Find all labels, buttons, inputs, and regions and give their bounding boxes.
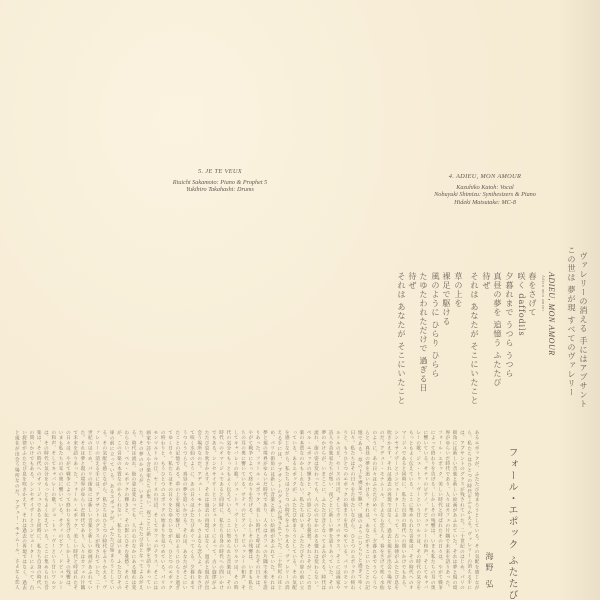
lyric-line: 裸足で駆ける xyxy=(442,272,452,326)
lyric-line: 待ぜ xyxy=(408,272,418,290)
credit-line: Kazuhiko Katoh: Vocal xyxy=(400,184,570,192)
song-title: ADIEU, MON AMOUR xyxy=(547,272,556,356)
credit-line: Yukihiro Takahashi: Drums xyxy=(160,186,280,194)
lyric-line: それは あなたが そこにいたこと xyxy=(470,272,480,405)
lyric-line-prev: ヴァレリーの消える 手にはアブサント xyxy=(579,252,589,408)
lyric-line: 草の上を xyxy=(454,272,464,308)
lyric-line: 夕暮れまで うつら うつら xyxy=(505,272,515,378)
credit-line: Hideki Matsutake: MC-8 xyxy=(400,199,570,207)
lyric-line: 待ぜ xyxy=(482,272,492,290)
track-title: 4. ADIEU, MON AMOUR xyxy=(400,173,570,181)
essay-author: 海野 弘 xyxy=(484,552,495,591)
lyric-line: 真昼の夢を 追憶う ふたたび xyxy=(493,272,503,387)
credit-line: Riuichi Sakamoto: Piano & Prophet 5 xyxy=(160,179,280,187)
lyric-line: 春をさげて xyxy=(528,272,538,317)
lyric-line: 咲く daffodils xyxy=(517,272,527,336)
track-title: 5. JE TE VEUX xyxy=(160,168,280,176)
lyric-line: 風のように ひらり ひらら xyxy=(431,272,441,378)
lyric-line: それは あなたが そこにいたこと xyxy=(397,272,407,405)
credit-block-track-5: 5. JE TE VEUX Riuichi Sakamoto: Piano & … xyxy=(160,168,280,194)
credit-block-track-4: 4. ADIEU, MON AMOUR Kazuhiko Katoh: Voca… xyxy=(400,173,570,206)
essay-title: フォール・エポック ふたたび xyxy=(504,447,519,600)
essay-body: あるエポックが、ふたたび始まろうとしている。その気配を感じながら、私たちはひとつ… xyxy=(14,430,480,590)
lyric-line: たゆたわれただけで 過ぎる日 xyxy=(419,272,429,392)
lyric-line-prev: この世は 夢が現 すべてのヴァレリー xyxy=(567,246,577,397)
song-subtitle: Adieu mon amour xyxy=(541,275,546,312)
credit-line: Nobuyuki Shimizu: Synthesizers & Piano xyxy=(400,191,570,199)
